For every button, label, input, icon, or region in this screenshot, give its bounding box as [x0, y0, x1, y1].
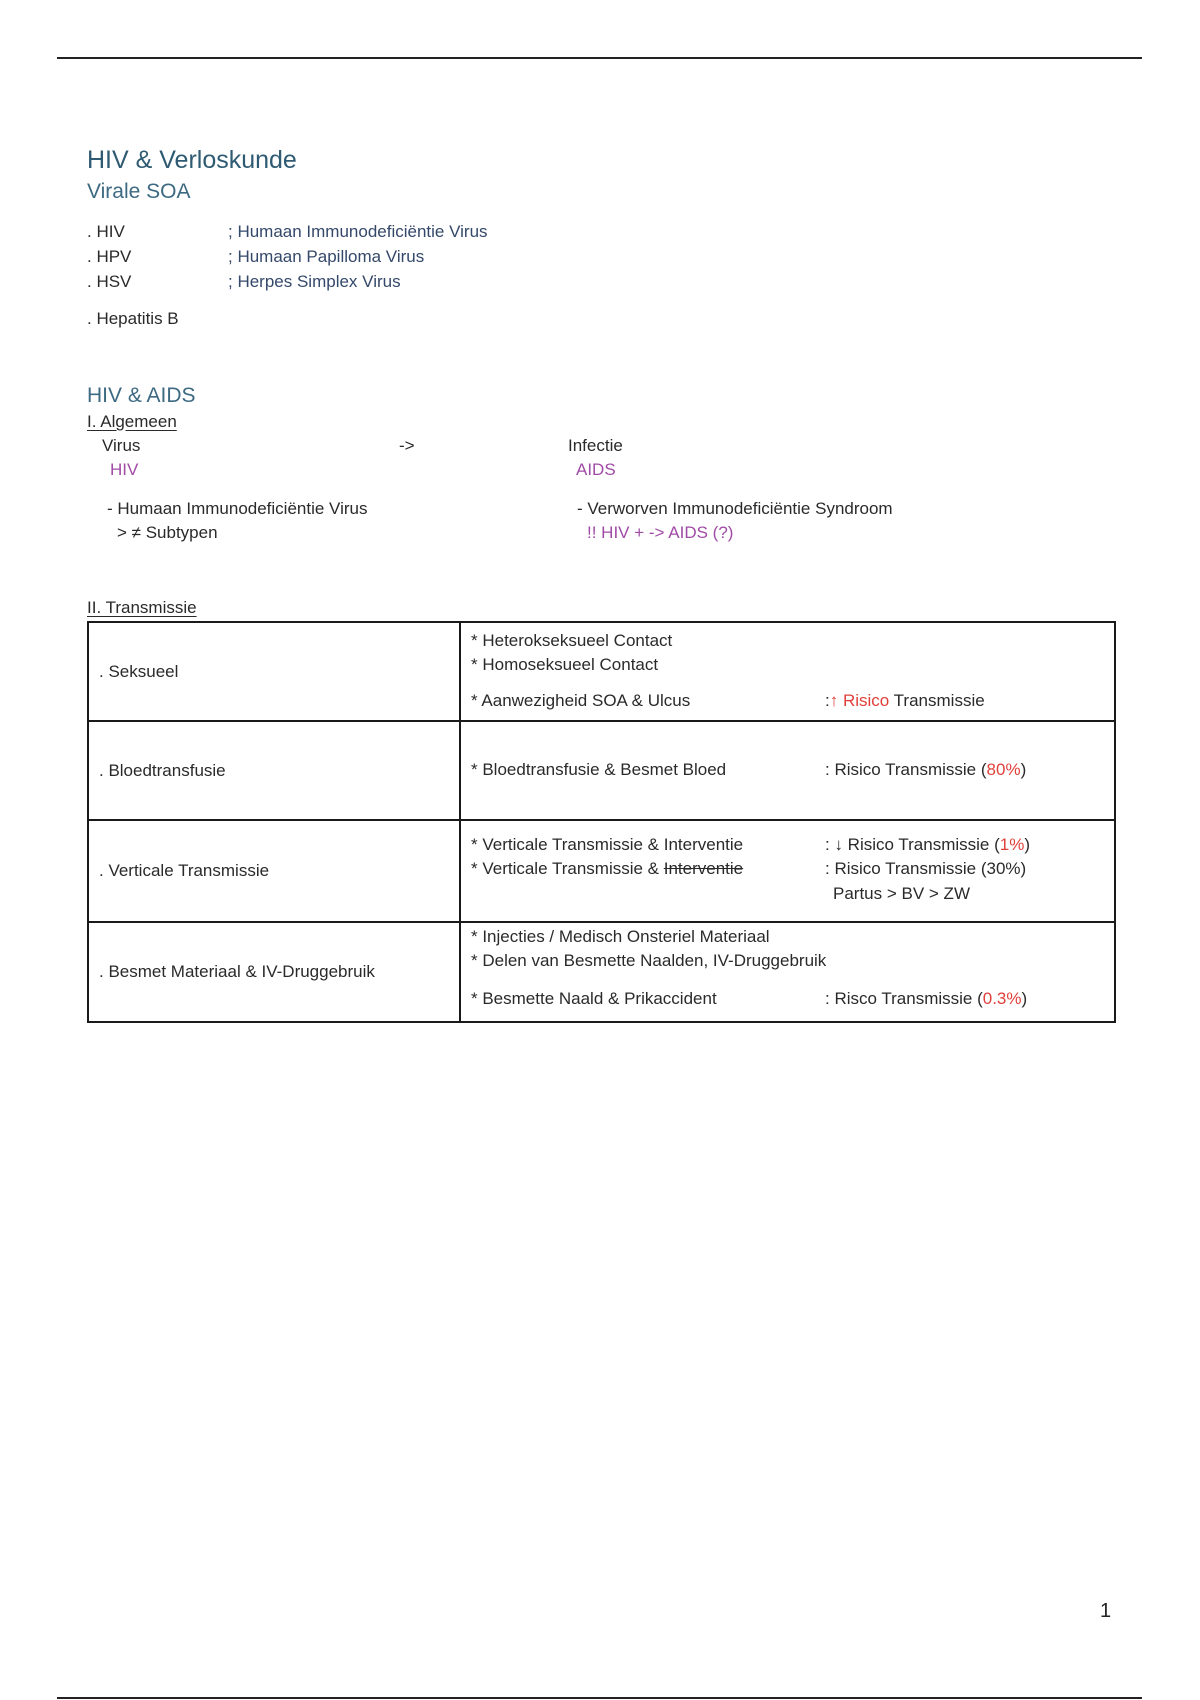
detail-line: * Verticale Transmissie & Interventie	[471, 835, 743, 855]
arrow-virus-to-infectie: ->	[399, 436, 415, 456]
detail-line: * Injecties / Medisch Onsteriel Materiaa…	[471, 927, 770, 947]
risk-close: )	[1021, 760, 1027, 779]
struck-text: Interventie	[664, 859, 743, 878]
hiv-description: - Humaan Immunodeficiëntie Virus	[107, 499, 367, 519]
partus-note: Partus > BV > ZW	[833, 884, 970, 904]
route-cell: . Bloedtransfusie	[88, 721, 460, 820]
footer-rule	[57, 1697, 1142, 1699]
hiv-subtypes-note: > ≠ Subtypen	[117, 523, 218, 543]
risk-text: : Risico Transmissie (	[825, 760, 987, 779]
route-cell: . Seksueel	[88, 622, 460, 721]
risk-note: : ↓ Risico Transmissie (1%)	[825, 835, 1030, 855]
header-rule	[57, 57, 1142, 59]
soa-desc-hsv: ; Herpes Simplex Virus	[228, 272, 401, 292]
document-title: HIV & Verloskunde	[87, 146, 297, 175]
document-subtitle: Virale SOA	[87, 180, 191, 204]
label-infectie: Infectie	[568, 436, 623, 456]
detail-cell: * Verticale Transmissie & Interventie : …	[460, 820, 1115, 922]
route-besmet-materiaal: . Besmet Materiaal & IV-Druggebruik	[99, 962, 375, 982]
arrow-up-icon: ↑	[830, 691, 839, 710]
detail-line: * Verticale Transmissie & Interventie	[471, 859, 743, 879]
risk-note: : Risico Transmissie (80%)	[825, 760, 1026, 780]
transmission-table: . Seksueel * Heterokseksueel Contact * H…	[87, 621, 1116, 1023]
detail-cell: * Injecties / Medisch Onsteriel Materiaa…	[460, 922, 1115, 1022]
hiv-to-aids-note: !! HIV + -> AIDS (?)	[587, 523, 733, 543]
table-row: . Besmet Materiaal & IV-Druggebruik * In…	[88, 922, 1115, 1022]
subsection-transmissie: II. Transmissie	[87, 598, 197, 618]
risk-rest: Transmissie	[889, 691, 984, 710]
section-heading-hiv-aids: HIV & AIDS	[87, 384, 196, 408]
risk-value: 80%	[987, 760, 1021, 779]
label-virus: Virus	[102, 436, 140, 456]
detail-line: * Aanwezigheid SOA & Ulcus	[471, 691, 690, 711]
soa-desc-hpv: ; Humaan Papilloma Virus	[228, 247, 424, 267]
detail-line: * Delen van Besmette Naalden, IV-Druggeb…	[471, 951, 826, 971]
risk-word: Risico	[843, 691, 889, 710]
term-hiv: HIV	[110, 460, 138, 480]
subsection-algemeen: I. Algemeen	[87, 412, 177, 432]
route-bloedtransfusie: . Bloedtransfusie	[99, 761, 226, 781]
soa-abbr-hiv: . HIV	[87, 222, 125, 242]
risk-text: : Risco Transmissie (	[825, 989, 983, 1008]
risk-value: 0.3%	[983, 989, 1022, 1008]
detail-cell: * Bloedtransfusie & Besmet Bloed : Risic…	[460, 721, 1115, 820]
detail-line: * Besmette Naald & Prikaccident	[471, 989, 717, 1009]
soa-desc-hiv: ; Humaan Immunodeficiëntie Virus	[228, 222, 488, 242]
risk-note: :↑ Risico Transmissie	[825, 691, 985, 711]
detail-cell: * Heterokseksueel Contact * Homoseksueel…	[460, 622, 1115, 721]
soa-hepatitis-b: . Hepatitis B	[87, 309, 179, 329]
table-row: . Bloedtransfusie * Bloedtransfusie & Be…	[88, 721, 1115, 820]
table-row: . Seksueel * Heterokseksueel Contact * H…	[88, 622, 1115, 721]
page-number: 1	[1100, 1600, 1111, 1623]
risk-note: : Risco Transmissie (0.3%)	[825, 989, 1027, 1009]
risk-note: : Risico Transmissie (30%)	[825, 859, 1026, 879]
route-verticale-transmissie: . Verticale Transmissie	[99, 861, 269, 881]
term-aids: AIDS	[576, 460, 616, 480]
risk-value: 1%	[1000, 835, 1025, 854]
route-cell: . Verticale Transmissie	[88, 820, 460, 922]
route-cell: . Besmet Materiaal & IV-Druggebruik	[88, 922, 460, 1022]
risk-close: )	[1022, 989, 1028, 1008]
detail-text: * Verticale Transmissie &	[471, 859, 664, 878]
risk-text: : ↓ Risico Transmissie (	[825, 835, 1000, 854]
soa-abbr-hpv: . HPV	[87, 247, 131, 267]
detail-line: * Homoseksueel Contact	[471, 655, 658, 675]
risk-close: )	[1024, 835, 1030, 854]
aids-description: - Verworven Immunodeficiëntie Syndroom	[577, 499, 893, 519]
detail-line: * Bloedtransfusie & Besmet Bloed	[471, 760, 726, 780]
soa-abbr-hsv: . HSV	[87, 272, 131, 292]
detail-line: * Heterokseksueel Contact	[471, 631, 672, 651]
table-row: . Verticale Transmissie * Verticale Tran…	[88, 820, 1115, 922]
route-seksueel: . Seksueel	[99, 662, 178, 682]
